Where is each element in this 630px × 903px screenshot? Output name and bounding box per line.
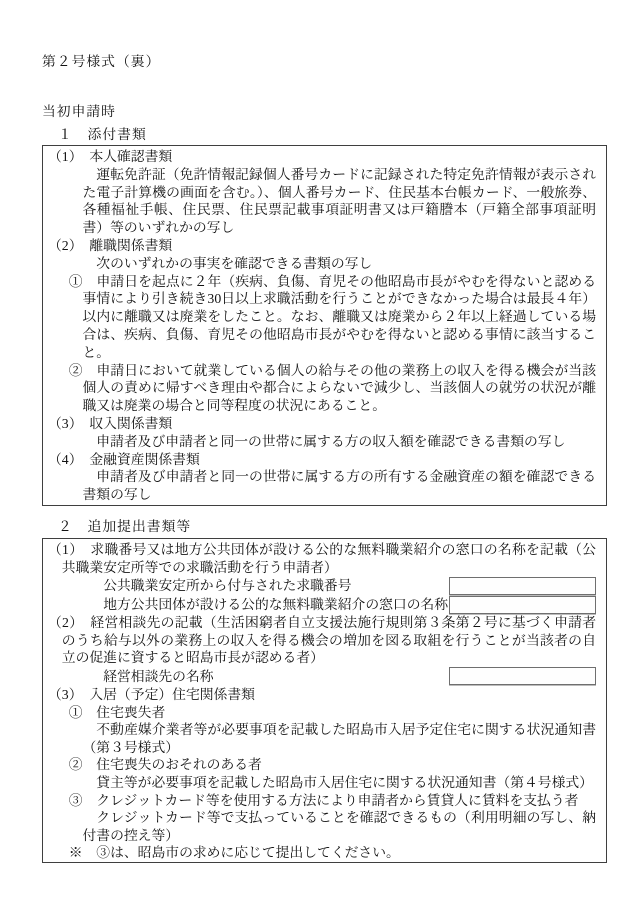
attachments-box: （1） 本人確認書類 運転免許証（免許情報記録個人番号カードに記録された特定免許… <box>42 145 607 506</box>
public-window-name-label: 地方公共団体が設ける公的な無料職業紹介の窓口の名称 <box>103 596 448 614</box>
additional-item-1-heading: （1） 求職番号又は地方公共団体が設ける公的な無料職業紹介の窓口の名称を記載（公… <box>48 541 596 576</box>
public-window-name-input[interactable] <box>449 596 596 614</box>
document-page: 第２号様式（裏） 当初申請時 １ 添付書類 （1） 本人確認書類 運転免許証（免… <box>0 0 630 903</box>
attachment-item-3-body: 申請者及び申請者と同一の世帯に属する方の収入額を確認できる書類の写し <box>83 433 597 451</box>
attachment-item-3-heading: （3） 収入関係書類 <box>48 415 596 433</box>
consult-office-name-input[interactable] <box>449 667 596 685</box>
jobseeker-number-input[interactable] <box>449 577 596 595</box>
housing-sub-2-heading: ② 住宅喪失のおそれのある者 <box>83 756 597 774</box>
attachment-item-1-body: 運転免許証（免許情報記録個人番号カードに記録された特定免許情報が表示された電子計… <box>83 166 597 237</box>
additional-item-3-heading: （3） 入居（予定）住宅関係書類 <box>48 686 596 704</box>
housing-sub-1-body: 不動産媒介業者等が必要事項を記載した昭島市入居予定住宅に関する状況通知書（第３号… <box>83 721 597 756</box>
housing-sub-2-body: 貸主等が必要事項を記載した昭島市入居住宅に関する状況通知書（第４号様式） <box>83 774 597 792</box>
public-window-name-row: 地方公共団体が設ける公的な無料職業紹介の窓口の名称 <box>48 595 596 614</box>
consult-office-name-label: 経営相談先の名称 <box>103 668 213 686</box>
jobseeker-number-row: 公共職業安定所から付与された求職番号 <box>48 576 596 595</box>
housing-sub-1-heading: ① 住宅喪失者 <box>83 704 597 722</box>
note-line: ※ ③は、昭島市の求めに応じて提出してください。 <box>83 844 597 862</box>
jobseeker-number-label: 公共職業安定所から付与された求職番号 <box>103 577 351 595</box>
stage-label: 当初申請時 <box>42 100 116 120</box>
form-number-label: 第２号様式（裏） <box>42 50 160 70</box>
housing-sub-3-body: クレジットカード等で支払っていることを確認できるもの（利用明細の写し、納付書の控… <box>83 809 597 844</box>
housing-sub-3-heading: ③ クレジットカード等を使用する方法により申請者から賃貸人に賃料を支払う者 <box>83 792 597 810</box>
attachment-item-4-body: 申請者及び申請者と同一の世帯に属する方の所有する金融資産の額を確認できる書類の写… <box>83 468 597 504</box>
section-2-title: ２ 追加提出書類等 <box>58 515 191 535</box>
section-1-title: １ 添付書類 <box>58 123 147 143</box>
attachment-item-2-heading: （2） 離職関係書類 <box>48 237 596 255</box>
attachment-item-1-heading: （1） 本人確認書類 <box>48 148 596 166</box>
attachment-item-2-intro: 次のいずれかの事実を確認できる書類の写し <box>83 255 597 273</box>
consult-office-name-row: 経営相談先の名称 <box>48 667 596 686</box>
additional-item-2-heading: （2） 経営相談先の記載（生活困窮者自立支援法施行規則第３条第２号に基づく申請者… <box>48 614 596 667</box>
attachment-item-2-sub-1: ① 申請日を起点に２年（疾病、負傷、育児その他昭島市長がやむを得ないと認める事情… <box>83 273 597 362</box>
attachment-item-2-sub-2: ② 申請日において就業している個人の給与その他の業務上の収入を得る機会が当該個人… <box>83 362 597 415</box>
additional-documents-box: （1） 求職番号又は地方公共団体が設ける公的な無料職業紹介の窓口の名称を記載（公… <box>42 538 607 863</box>
attachment-item-4-heading: （4） 金融資産関係書類 <box>48 451 596 469</box>
